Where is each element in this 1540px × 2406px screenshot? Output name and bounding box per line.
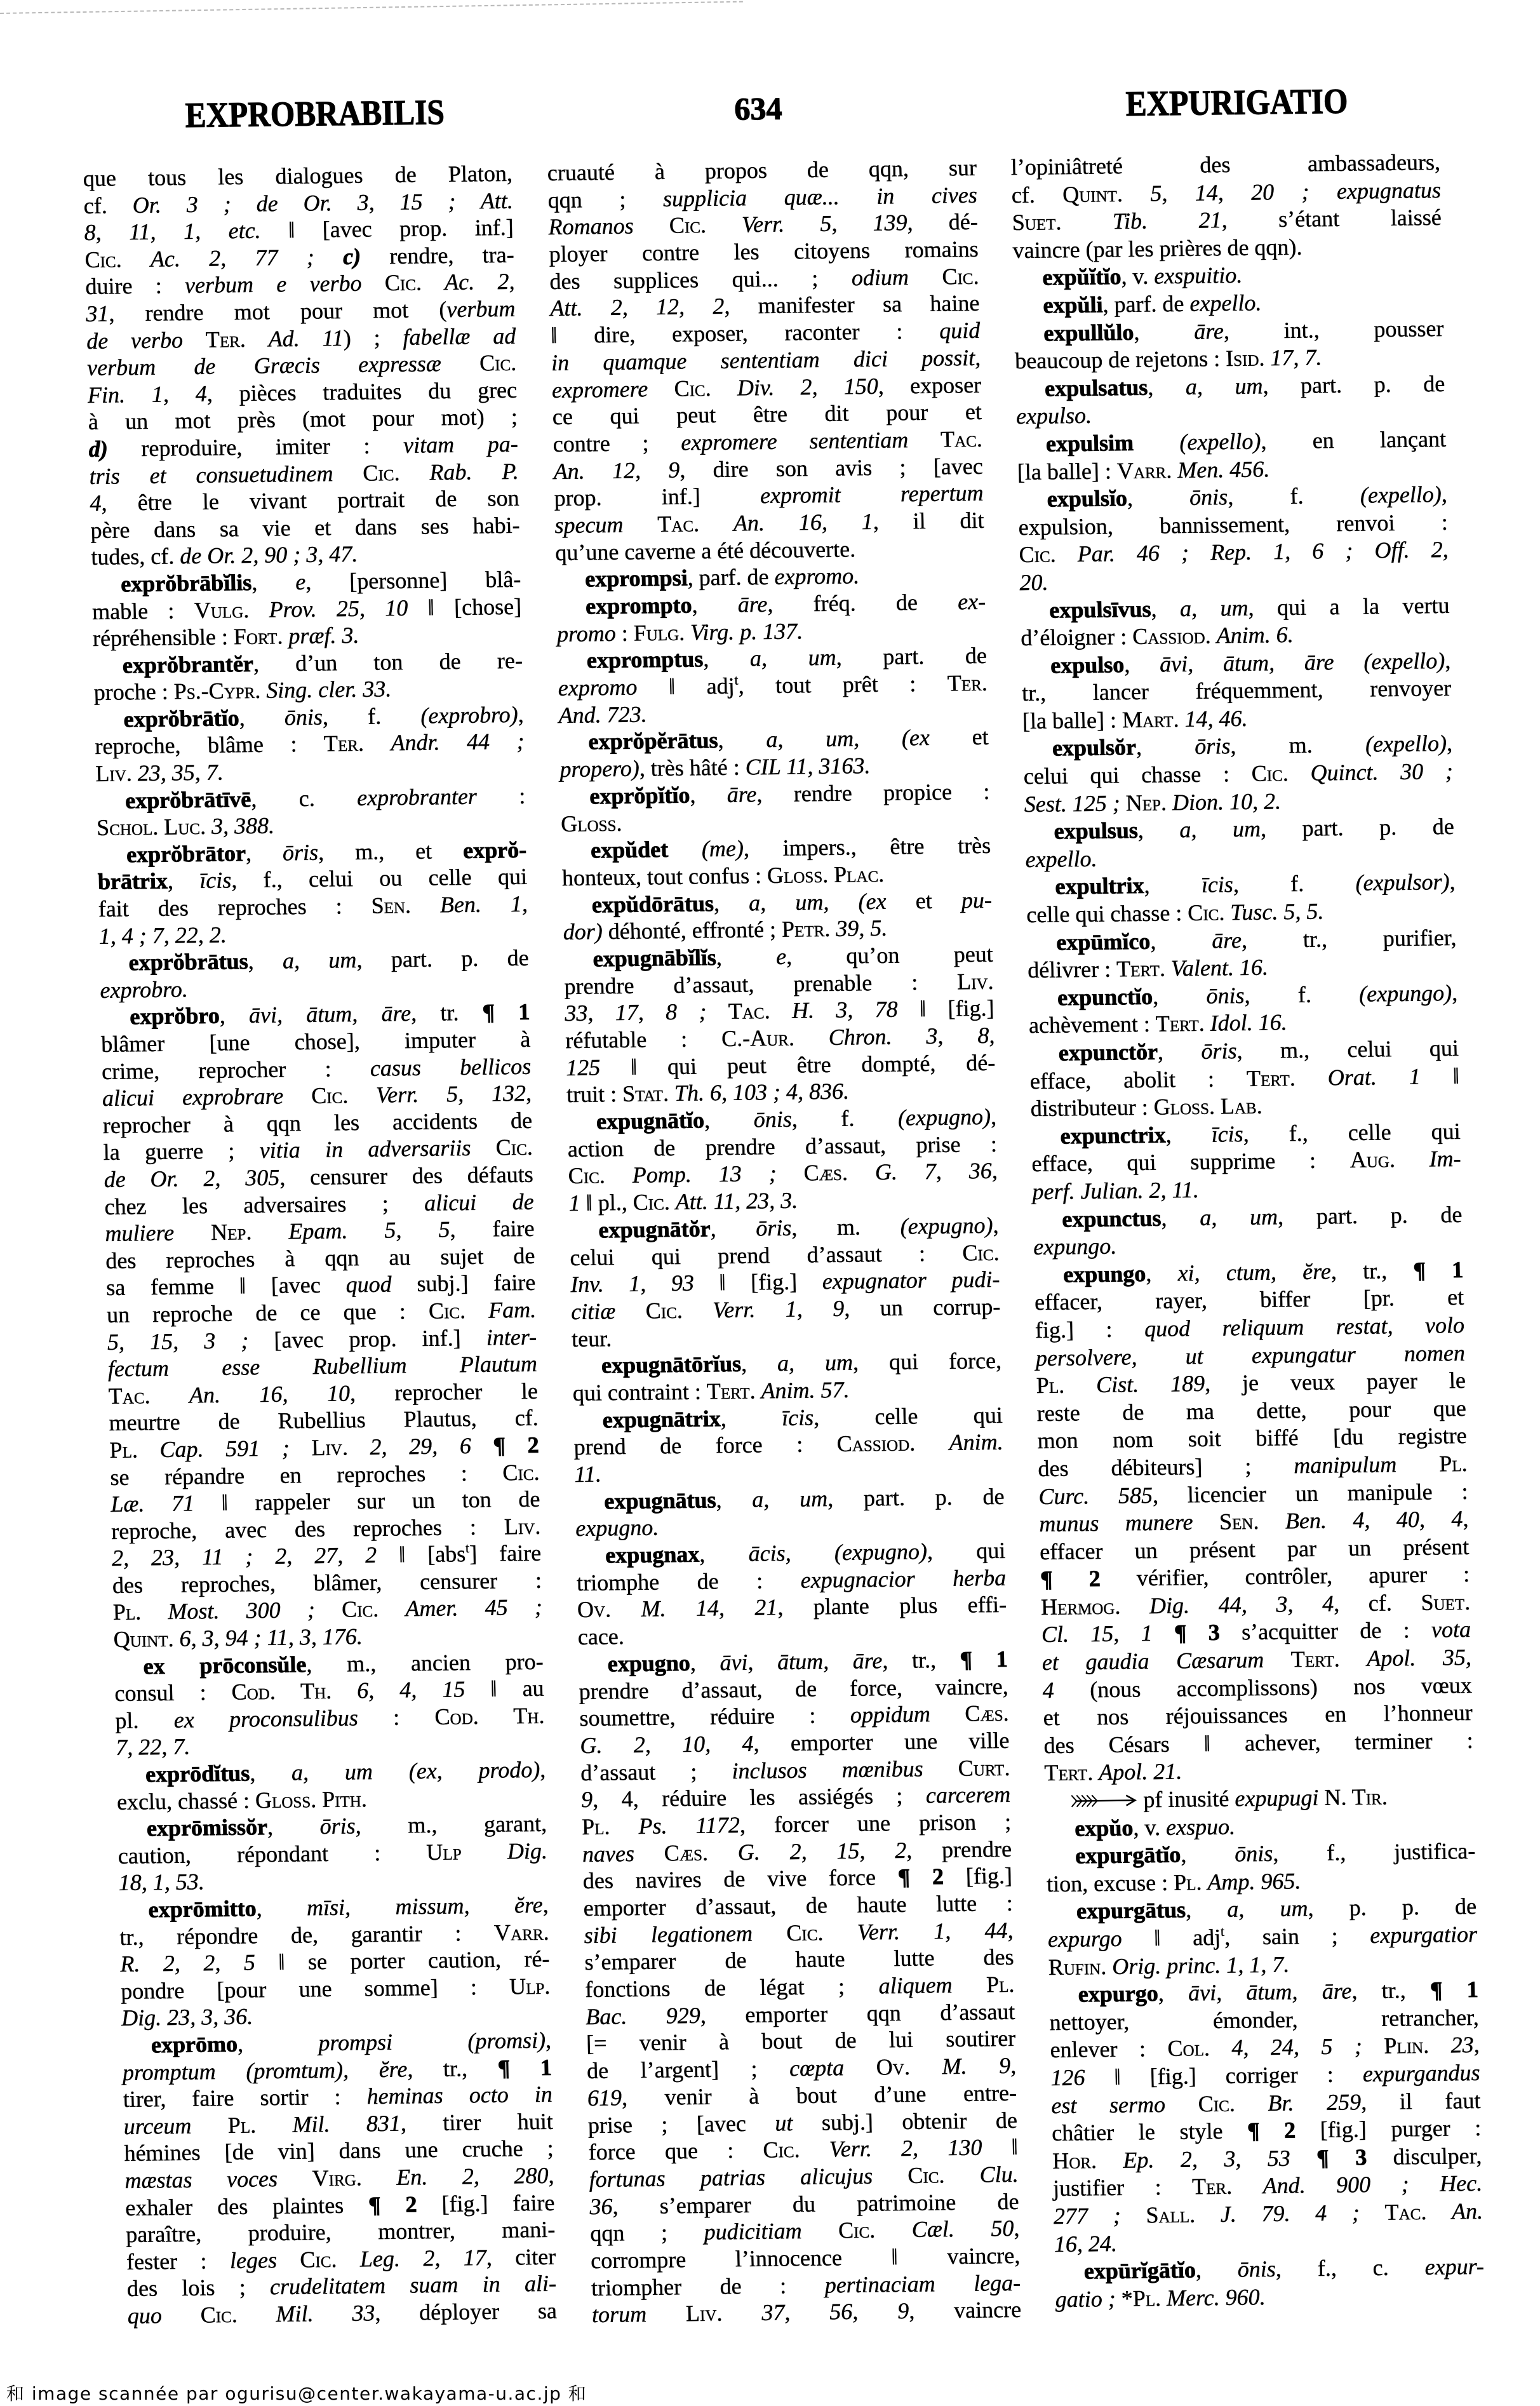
- definition-text: tirer, faire sortir :: [123, 2083, 367, 2112]
- latin-or-reference-text: īcis: [782, 1404, 814, 1430]
- definition-text: exclu, chassé :: [117, 1787, 256, 1815]
- author-abbreviation: Cic.: [838, 2217, 876, 2243]
- dictionary-line: fig.] : quod reliquum restat, volo: [1035, 1312, 1465, 1345]
- definition-text: [634, 1840, 665, 1866]
- dictionary-entry: expulsus, a, um, part. p. deexpello.: [1024, 813, 1455, 873]
- author-abbreviation: Ov.: [577, 1597, 612, 1623]
- definition-text: père dans sa vie et dans ses habi-: [90, 512, 520, 542]
- definition-text: , part. de: [836, 643, 987, 670]
- headword: expugnax: [605, 1542, 700, 1568]
- latin-or-reference-text: (expungo): [1359, 980, 1452, 1007]
- definition-text: ,: [526, 1080, 532, 1106]
- latin-or-reference-text: ōnis: [753, 1106, 792, 1132]
- author-abbreviation: Suet.: [1421, 1589, 1470, 1615]
- definition-text: ,: [1181, 1841, 1235, 1867]
- latin-or-reference-text: And. 723.: [558, 701, 647, 728]
- latin-or-reference-text: Verr. 5, 132: [376, 1080, 526, 1108]
- author-abbreviation: Cic.: [200, 2302, 238, 2328]
- dictionary-entry: exprŏpĭtĭo, āre, rendre propice :Gloss.: [560, 778, 991, 838]
- entry-continuation: cruauté à propos de qqn, surqqn ; suppli…: [547, 154, 984, 567]
- dictionary-entry: exprŏbrantĕr, d’un ton de re-proche : Ps…: [93, 647, 523, 706]
- latin-or-reference-text: 11.: [574, 1462, 601, 1488]
- definition-text: , parf. de: [687, 564, 775, 591]
- dictionary-line: l’opiniâtreté des ambassadeurs,: [1010, 149, 1440, 182]
- latin-or-reference-text: a, um, (ex: [749, 888, 887, 915]
- latin-or-reference-text: vitia in adversariis: [259, 1135, 471, 1163]
- definition-text: , f.: [322, 703, 420, 730]
- definition-text: que tous les dialogues de Platon,: [83, 161, 513, 191]
- definition-text: , f.: [1228, 483, 1361, 510]
- dictionary-entry: expunctrix, īcis, f., celle quiefface, q…: [1031, 1118, 1462, 1206]
- author-abbreviation: Tert.: [1247, 1065, 1296, 1091]
- definition-text: qui contraint :: [572, 1378, 707, 1406]
- definition-text: ,: [690, 782, 727, 808]
- dictionary-entry: expugnātĭo, ōnis, f. (expugno),action de…: [567, 1103, 999, 1217]
- latin-or-reference-text: ōnis: [1189, 484, 1228, 510]
- latin-or-reference-text: M. 9,: [942, 2053, 1016, 2079]
- definition-text: , part. p. de: [1278, 1201, 1463, 1229]
- latin-or-reference-text: exspuitio.: [1154, 262, 1243, 289]
- definition-text: celui qui prend d’assaut :: [570, 1240, 963, 1270]
- definition-text: [646, 2301, 686, 2327]
- author-abbreviation: Cic.: [363, 460, 400, 486]
- definition-text: tr., lancer fréquemment, renvoyer: [1022, 675, 1452, 706]
- latin-or-reference-text: mīsi, missum, ĕre: [307, 1892, 543, 1921]
- page-number: 634: [732, 91, 784, 127]
- author-abbreviation: Ter.: [324, 730, 365, 756]
- author-abbreviation: Petr.: [782, 916, 831, 942]
- latin-or-reference-text: 277 ;: [1054, 2203, 1122, 2229]
- latin-or-reference-text: expurgo: [1048, 1926, 1122, 1952]
- latin-or-reference-text: āre: [726, 781, 756, 807]
- author-abbreviation: Liv.: [504, 1513, 540, 1539]
- author-abbreviation: Liv.: [957, 968, 994, 994]
- dictionary-line: tr., lancer fréquemment, renvoyer: [1022, 675, 1452, 708]
- latin-or-reference-text: carcerem: [926, 1782, 1011, 1808]
- definition-text: ‖: [982, 2134, 1018, 2160]
- definition-text: , il faut: [1361, 2087, 1481, 2114]
- definition-text: ,: [1195, 2257, 1238, 2283]
- author-abbreviation: Liv.: [311, 1434, 348, 1460]
- definition-text: ‖ [chose]: [408, 593, 522, 620]
- definition-text: , fréq. de: [767, 589, 958, 617]
- latin-or-reference-text: ōnis: [1235, 1841, 1273, 1867]
- definition-text: l’opiniâtreté des ambassadeurs,: [1011, 149, 1441, 180]
- latin-or-reference-text: ōnis: [1206, 983, 1245, 1009]
- latin-or-reference-text: 2, 29, 6: [370, 1433, 471, 1460]
- headword: exprŏbrābĭlis: [121, 570, 252, 597]
- definition-text: [1165, 2091, 1199, 2117]
- author-abbreviation: Cod. Th.: [434, 1703, 545, 1730]
- latin-or-reference-text: J. 79. 4 ;: [1220, 2200, 1360, 2227]
- dictionary-line: expunctĭo, ōnis, f. (expungo),: [1028, 979, 1458, 1012]
- latin-or-reference-text: dor): [563, 919, 603, 945]
- dictionary-line: expulsim (expello), en lançant: [1017, 426, 1447, 459]
- section-marker: ¶ 1: [497, 2054, 552, 2080]
- latin-or-reference-text: Cap. 591 ;: [159, 1435, 290, 1462]
- definition-text: ,: [699, 1541, 749, 1567]
- definition-text: [161, 2302, 201, 2329]
- latin-or-reference-text: tris et consuetudinem: [89, 460, 333, 489]
- latin-or-reference-text: 3, 388.: [211, 813, 275, 839]
- definition-text: délivrer :: [1028, 957, 1117, 983]
- definition-text: ‖ [abs: [377, 1541, 466, 1568]
- definition-text: meurtre de Rubellius Plautus, cf.: [109, 1405, 539, 1435]
- definition-text: [615, 1298, 646, 1324]
- dictionary-entry: exprŏbrātus, a, um, part. p. deexprobro.: [99, 944, 530, 1004]
- latin-or-reference-text: (expulsor): [1355, 869, 1450, 896]
- definition-text: [1290, 2145, 1316, 2171]
- latin-or-reference-text: Orig. princ. 1, 1, 7.: [1112, 1951, 1290, 1979]
- definition-text: , il dit: [873, 507, 984, 534]
- dictionary-entry: expulsŏr, ōris, m. (expello),celui qui c…: [1023, 730, 1454, 818]
- definition-text: ,: [1146, 1260, 1178, 1286]
- latin-or-reference-text: exspuo.: [1166, 1813, 1236, 1839]
- latin-or-reference-text: R. 2, 2, 5: [120, 1950, 255, 1977]
- definition-text: cf.: [1011, 182, 1062, 208]
- definition-text: [= venir à bout de lui soutirer: [586, 2026, 1016, 2056]
- definition-text: subj.] obtenir de: [793, 2107, 1017, 2135]
- definition-text: [801, 2218, 838, 2244]
- definition-text: à un mot près (mot pour mot) ;: [88, 404, 518, 434]
- dictionary-entry: expromptus, a, um, part. deexpromo ‖ adj…: [557, 642, 988, 729]
- definition-text: prendre d’assaut, de force, vaincre,: [579, 1673, 1008, 1704]
- definition-text: ,: [991, 1104, 997, 1129]
- author-abbreviation: Hermog.: [1041, 1594, 1121, 1620]
- definition-text: [399, 459, 430, 485]
- author-abbreviation: Tac.: [1384, 2199, 1427, 2225]
- headword: exprŏbro: [130, 1003, 220, 1030]
- definition-text: , tout prêt :: [738, 671, 947, 699]
- definition-text: corrompre l’innocence ‖ vaincre,: [591, 2243, 1021, 2273]
- definition-text: (nous accomplissons) nos vœux: [1054, 1672, 1472, 1703]
- author-abbreviation: Ter.: [205, 326, 246, 353]
- definition-text: , qui: [927, 1538, 1005, 1564]
- definition-text: [141, 1599, 168, 1625]
- definition-text: des lois ;: [127, 2275, 271, 2302]
- definition-text: :: [615, 620, 634, 645]
- definition-text: et: [886, 887, 961, 913]
- headword: expulso: [1050, 652, 1125, 678]
- definition-text: [461, 1838, 507, 1864]
- definition-text: ,: [548, 2163, 554, 2188]
- latin-or-reference-text: 4, 24, 5 ;: [1231, 2034, 1362, 2061]
- author-abbreviation: Cic.: [1019, 542, 1056, 568]
- definition-text: ,: [1007, 1918, 1014, 1943]
- section-marker: ¶ 2: [1247, 2118, 1296, 2144]
- author-abbreviation: Cic.: [342, 1596, 379, 1622]
- dictionary-line: exprōmitto, mīsi, missum, ĕre,: [119, 1892, 549, 1924]
- definition-text: ‖ adj: [1122, 1925, 1221, 1951]
- definition-text: [fig.]: [944, 1863, 1013, 1889]
- author-abbreviation: Quint.: [1062, 181, 1123, 207]
- author-abbreviation: N. Tir.: [1324, 1784, 1388, 1810]
- definition-text: [333, 460, 363, 486]
- dictionary-column-2: cruauté à propos de qqn, surqqn ; suppli…: [547, 154, 1021, 2329]
- definition-text: honteux, tout confus :: [562, 863, 768, 890]
- definition-text: , venir à bout d’une entre-: [622, 2080, 1017, 2111]
- definition-text: des débiteurs] ;: [1038, 1453, 1294, 1481]
- latin-or-reference-text: Ben. 1,: [439, 891, 528, 918]
- headword: expulsŏr: [1052, 734, 1137, 761]
- latin-or-reference-text: Dig.: [507, 1838, 547, 1864]
- definition-text: *: [1115, 2285, 1133, 2311]
- latin-or-reference-text: a, um: [752, 1486, 828, 1512]
- dictionary-line: specum Tac. An. 16, 1, il dit: [554, 507, 984, 539]
- headword: expulsim: [1046, 430, 1134, 457]
- latin-or-reference-text: vitam pa-: [403, 431, 518, 458]
- headword: expurgo: [1078, 1980, 1158, 2007]
- definition-text: [fig.] purger :: [1296, 2115, 1482, 2143]
- definition-text: crime, reprocher :: [102, 1055, 371, 1084]
- definition-text: châtier le style: [1052, 2118, 1248, 2146]
- definition-text: reproduire, imiter :: [107, 433, 403, 462]
- headword: exprŏbrātor: [126, 840, 246, 867]
- definition-text: [137, 1437, 159, 1462]
- definition-text: cace.: [577, 1623, 624, 1650]
- author-abbreviation: C.-Aur.: [721, 1025, 795, 1051]
- dictionary-line: expurgātĭo, ōnis, f., justifica-: [1046, 1838, 1476, 1871]
- dictionary-entry: expugnātrix, īcis, celle quiprend de for…: [573, 1401, 1004, 1488]
- latin-or-reference-text: de Or. 2, 90 ; 3, 47.: [180, 541, 358, 568]
- latin-or-reference-text: ōnis: [284, 704, 323, 730]
- definition-text: la guerre ;: [103, 1138, 260, 1165]
- definition-text: , f., c.: [1275, 2254, 1425, 2282]
- definition-text: ,: [168, 868, 200, 894]
- definition-text: ,: [703, 646, 751, 672]
- dictionary-line: Pl. Cap. 591 ; Liv. 2, 29, 6 ¶ 2: [109, 1432, 539, 1464]
- latin-or-reference-text: pertinaciam lega-: [824, 2269, 1021, 2297]
- headword: exprŏpĕrātus: [588, 727, 718, 754]
- latin-or-reference-text: īcis: [1211, 1121, 1243, 1147]
- definition-text: , m., garant,: [355, 1811, 547, 1839]
- author-abbreviation: Cæs.: [664, 1839, 708, 1865]
- definition-text: tudes, cf.: [91, 544, 180, 570]
- definition-text: [1209, 2035, 1231, 2060]
- definition-text: [668, 837, 702, 863]
- latin-or-reference-text: Valent. 16.: [1170, 955, 1268, 981]
- dictionary-entry: expulsīvus, a, um, qui a la vertud’éloig…: [1020, 591, 1450, 652]
- dictionary-entry: ex prōconsŭle, m., ancien pro-consul : C…: [114, 1648, 546, 1761]
- latin-or-reference-text: expromo.: [774, 563, 859, 590]
- definition-text: , pièces traduites du grec: [206, 377, 517, 407]
- definition-text: ‖ se porter caution, ré-: [255, 1946, 549, 1975]
- definition-text: , reprocher le: [350, 1378, 539, 1406]
- dictionary-line: efface, qui supprime : Aug. Im-: [1031, 1145, 1461, 1178]
- dictionary-line: munus munere Sen. Ben. 4, 40, 4,: [1039, 1505, 1469, 1538]
- dictionary-line: fait des reproches : Sen. Ben. 1,: [98, 890, 528, 923]
- definition-text: sa femme ‖ [avec: [106, 1272, 346, 1301]
- latin-or-reference-text: quid: [939, 318, 981, 344]
- dictionary-line: torum Liv. 37, 56, 9, vaincre: [592, 2296, 1022, 2329]
- definition-text: [251, 1219, 289, 1245]
- running-head-right: EXPURIGATIO: [1110, 84, 1336, 122]
- latin-or-reference-text: vota: [1431, 1616, 1471, 1643]
- dictionary-line: prend de force : Cassiod. Anim.: [573, 1428, 1003, 1461]
- author-abbreviation: Quint.: [113, 1626, 174, 1652]
- latin-or-reference-text: 2, 23, 11 ; 2, 27, 2: [112, 1542, 377, 1571]
- author-abbreviation: Cic.: [568, 1163, 605, 1189]
- dictionary-line: exprŏbrātus, a, um, part. p. de: [99, 944, 529, 977]
- author-abbreviation: Cic.: [502, 1459, 540, 1485]
- definition-text: qqn ;: [590, 2219, 704, 2246]
- definition-text: se répandre en reproches :: [110, 1460, 503, 1490]
- definition-text: , tr.,: [1351, 1977, 1430, 2004]
- author-abbreviation: Isid.: [1226, 346, 1265, 372]
- definition-text: [174, 1220, 211, 1246]
- latin-or-reference-text: est sermo: [1051, 2092, 1165, 2118]
- definition-text: , en lançant: [1261, 426, 1447, 454]
- latin-or-reference-text: (exprobro): [420, 702, 518, 729]
- author-abbreviation: Pl.: [986, 1972, 1015, 1998]
- definition-text: ,: [1134, 318, 1195, 344]
- definition-text: ,: [518, 702, 524, 727]
- latin-or-reference-text: Cist. 189: [1096, 1371, 1205, 1397]
- author-abbreviation: Pl.: [582, 1813, 610, 1839]
- author-abbreviation: Varr.: [494, 1919, 549, 1945]
- latin-or-reference-text: 39, 5.: [836, 915, 888, 941]
- definition-text: ,: [692, 592, 738, 618]
- dictionary-line: 31, rendre mot pour mot (verbum: [86, 295, 516, 328]
- latin-or-reference-text: Mil. 831: [292, 2110, 401, 2137]
- definition-text: [682, 1297, 713, 1323]
- author-abbreviation: Rufin.: [1048, 1954, 1106, 1980]
- author-abbreviation: Ulp: [426, 1839, 462, 1865]
- definition-text: ‖ dire, exposer, raconter :: [551, 318, 940, 348]
- definition-text: , c.: [251, 785, 358, 812]
- latin-or-reference-text: Th. 6, 103 ; 4, 836.: [674, 1079, 850, 1106]
- headword: expulsatus: [1045, 374, 1148, 401]
- definition-text: des reproches, blâmer, censurer :: [112, 1568, 542, 1598]
- headword: exprŏ-: [463, 837, 527, 863]
- definition-text: [1061, 208, 1113, 234]
- definition-text: ,: [250, 1760, 292, 1786]
- dictionary-entry: expunctus, a, um, part. p. deexpungo.: [1033, 1200, 1463, 1261]
- headword: expurgātĭo: [1075, 1842, 1181, 1869]
- definition-text: [471, 1135, 496, 1160]
- latin-or-reference-text: expurgatior: [1370, 1921, 1477, 1948]
- latin-or-reference-text: 9: [581, 1787, 593, 1812]
- author-abbreviation: Cic.: [633, 1189, 670, 1215]
- definition-text: [361, 2165, 396, 2191]
- latin-or-reference-text: Sing. cler. 33.: [266, 676, 392, 703]
- definition-text: [150, 1382, 189, 1408]
- latin-or-reference-text: ōnis: [1237, 2256, 1276, 2282]
- headword: exprompto: [586, 592, 692, 619]
- latin-or-reference-text: Clu.: [979, 2161, 1019, 2188]
- dictionary-entry: exprompto, āre, fréq. de ex-promo : Fulg…: [556, 588, 987, 648]
- definition-text: [1362, 2033, 1384, 2059]
- definition-text: , prendre: [906, 1836, 1012, 1862]
- definition-text: reproche, blâme :: [95, 731, 324, 759]
- definition-text: [277, 2247, 300, 2272]
- definition-text: vaincre (par les prières de qqn).: [1012, 234, 1302, 263]
- author-abbreviation: Tac.: [941, 426, 983, 452]
- definition-text: un reproche de ce que :: [107, 1298, 429, 1327]
- latin-or-reference-text: 4: [90, 490, 102, 516]
- definition-text: ,: [1153, 983, 1207, 1009]
- dictionary-entry: expurgo, āvi, ātum, āre, tr., ¶ 1nettoye…: [1048, 1976, 1483, 2258]
- latin-or-reference-text: Anim. 6.: [1216, 622, 1294, 648]
- latin-or-reference-text: a, um: [1200, 1204, 1278, 1230]
- definition-text: , part. p. de: [1261, 814, 1455, 842]
- definition-text: des supplices qui... ;: [549, 265, 852, 294]
- definition-text: ,: [718, 727, 767, 753]
- latin-or-reference-text: perf. Julian. 2, 11.: [1032, 1177, 1199, 1204]
- definition-text: blâmer [une chose], imputer à: [101, 1026, 531, 1057]
- latin-or-reference-text: Dion. 10, 2.: [1172, 788, 1282, 815]
- definition-text: [245, 326, 269, 351]
- definition-text: [1055, 541, 1078, 567]
- definition-text: et nos réjouissances en l’honneur: [1043, 1700, 1473, 1730]
- dictionary-entry: exprōdĭtus, a, um (ex, prodo),exclu, cha…: [116, 1756, 547, 1815]
- latin-or-reference-text: naves: [582, 1841, 635, 1867]
- definition-text: ,: [540, 1757, 546, 1782]
- latin-or-reference-text: muliere: [105, 1220, 174, 1246]
- definition-text: répréhensible :: [93, 624, 234, 651]
- author-abbreviation: Tert.: [1156, 1011, 1205, 1037]
- definition-text: [952, 1972, 986, 1998]
- dictionary-line: reproche, blâme : Ter. Andr. 44 ;: [95, 728, 525, 760]
- latin-or-reference-text: M. 14, 21: [641, 1595, 778, 1622]
- dictionary-entry: exprŏbrābĭlis, e, [personne] blâ-mable :…: [91, 566, 523, 652]
- author-abbreviation: Fort.: [233, 623, 283, 649]
- latin-or-reference-text: En. 2, 280: [396, 2163, 549, 2190]
- definition-text: prop. inf.]: [554, 483, 760, 511]
- definition-text: , s’étant laissé: [1221, 205, 1442, 232]
- definition-text: , part. p. de: [827, 1484, 1005, 1511]
- definition-text: [611, 1596, 641, 1622]
- latin-or-reference-text: a, um: [1185, 373, 1262, 399]
- author-abbreviation: Mart.: [1122, 706, 1179, 732]
- dictionary-entry: expugnābĭlĭs, e, qu’on peutprendre d’ass…: [563, 941, 996, 1108]
- definition-text: , 4, réduire les assiégés ;: [593, 1783, 927, 1812]
- author-abbreviation: Tert.: [1290, 1646, 1340, 1672]
- latin-or-reference-text: ex-: [958, 589, 986, 615]
- author-abbreviation: Tac.: [108, 1383, 151, 1409]
- definition-text: ,: [1186, 1897, 1228, 1923]
- author-abbreviation: Cic.: [907, 2162, 945, 2188]
- definition-text: ‖ pl.,: [580, 1190, 633, 1216]
- dictionary-entry: expultrix, īcis, f. (expulsor),celle qui…: [1026, 868, 1456, 929]
- definition-text: [800, 2137, 829, 2163]
- definition-text: , tr., purifier,: [1241, 925, 1456, 953]
- latin-or-reference-text: Att. 2, 12, 2: [550, 293, 725, 321]
- dictionary-line: exprōdĭtus, a, um (ex, prodo),: [116, 1756, 546, 1789]
- definition-text: [378, 1596, 406, 1622]
- author-abbreviation: Cic.: [942, 264, 979, 290]
- definition-text: de l’argent] ;: [587, 2055, 790, 2083]
- definition-text: ,: [716, 1486, 753, 1512]
- definition-text: , être le vivant portrait de son: [101, 485, 519, 516]
- definition-text: , qui force,: [853, 1348, 1002, 1375]
- definition-text: ,: [1158, 1980, 1188, 2006]
- definition-text: [1395, 1146, 1430, 1173]
- latin-or-reference-text: (expugno): [898, 1104, 991, 1131]
- dictionary-line: exprŏbrābĭlis, e, [personne] blâ-: [91, 566, 521, 598]
- definition-text: ,: [1445, 648, 1451, 673]
- author-abbreviation: Pl.: [109, 1437, 138, 1463]
- author-abbreviation: Ov.: [876, 2054, 910, 2080]
- definition-text: [283, 1083, 312, 1109]
- definition-text: [1134, 429, 1180, 455]
- dictionary-entry: exprŏbro, āvi, ātum, āre, tr. ¶ 1blâmer …: [100, 998, 543, 1653]
- latin-or-reference-text: a, um: [1179, 816, 1261, 843]
- latin-or-reference-text: Idol. 16.: [1210, 1010, 1287, 1036]
- latin-or-reference-text: quod reliquum restat, volo: [1144, 1312, 1465, 1341]
- latin-or-reference-text: Apol. 35,: [1367, 1644, 1471, 1671]
- dictionary-line: expulsus, a, um, part. p. de: [1024, 813, 1454, 846]
